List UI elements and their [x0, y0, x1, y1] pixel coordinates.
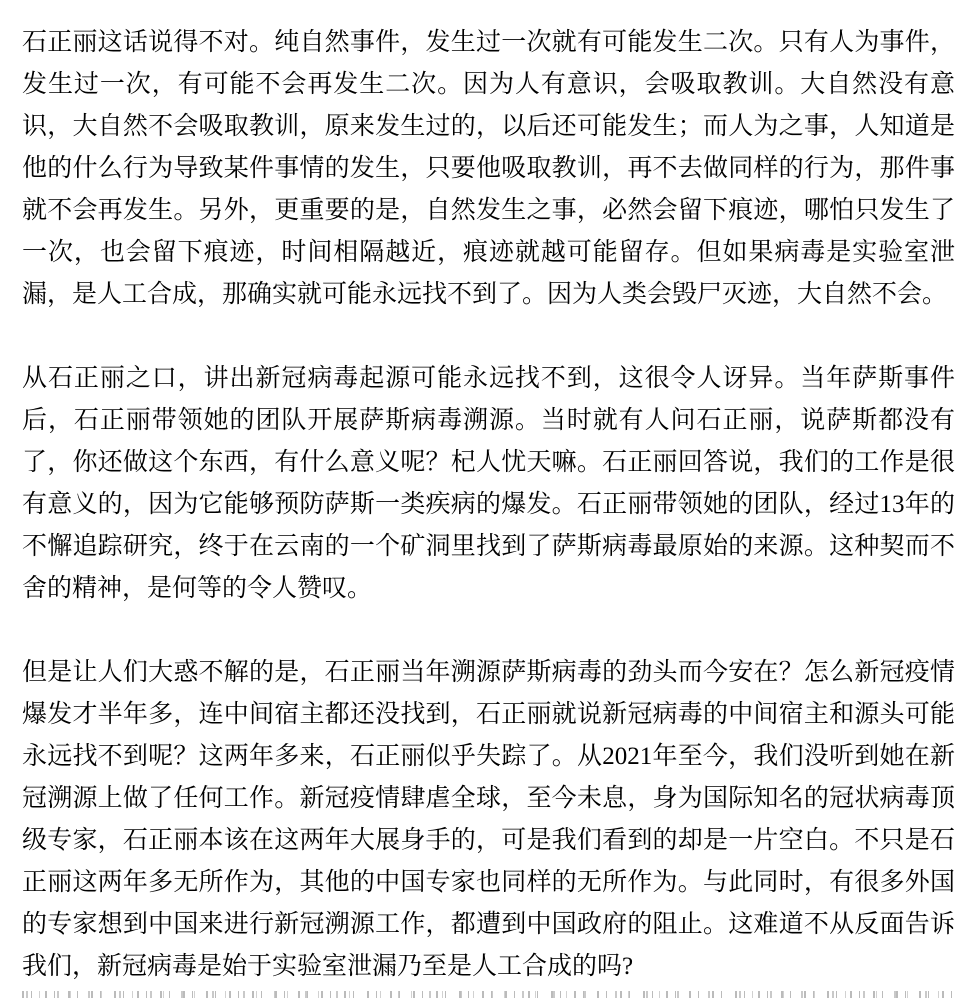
paragraph-2: 从石正丽之口，讲出新冠病毒起源可能永远找不到，这很令人讶异。当年萨斯事件后，石正…: [22, 358, 955, 610]
article-text: 石正丽这话说得不对。纯自然事件，发生过一次就有可能发生二次。只有人为事件，发生过…: [0, 0, 976, 998]
document-page: 石正丽这话说得不对。纯自然事件，发生过一次就有可能发生二次。只有人为事件，发生过…: [0, 0, 976, 1000]
clipped-next-line-fragment: [22, 991, 955, 998]
paragraph-1: 石正丽这话说得不对。纯自然事件，发生过一次就有可能发生二次。只有人为事件，发生过…: [22, 22, 955, 316]
paragraph-3: 但是让人们大惑不解的是，石正丽当年溯源萨斯病毒的劲头而今安在？怎么新冠疫情爆发才…: [22, 652, 955, 988]
